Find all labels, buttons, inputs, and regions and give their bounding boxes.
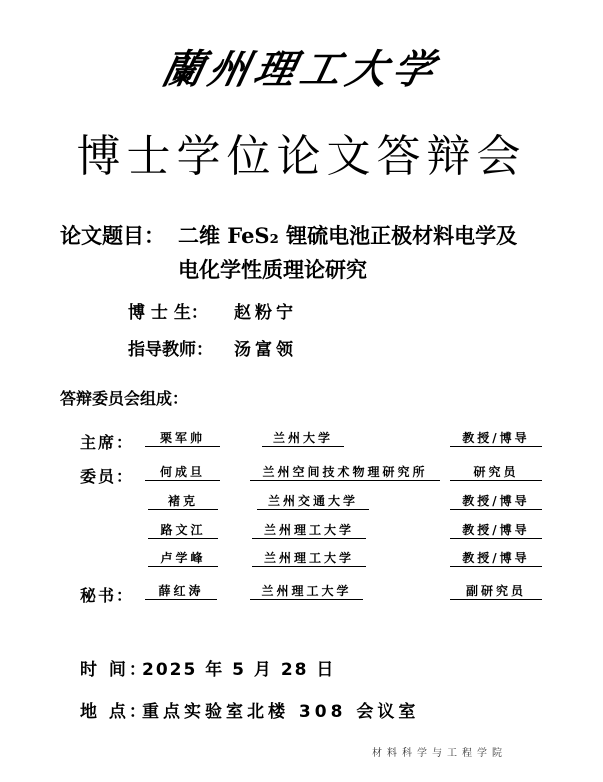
member-label: 委员： (80, 464, 134, 487)
committee-affiliation: 兰州交通大学 (257, 494, 369, 510)
thesis-title-line2: 电化学性质理论研究 (178, 254, 367, 284)
place-value: 重点实验室北楼 308 会议室 (142, 697, 419, 722)
committee-title: 教授/博导 (450, 523, 542, 539)
committee-name: 褚克 (148, 494, 218, 510)
committee-name: 路文江 (148, 523, 218, 539)
thesis-title-line1: 二维 FeS₂ 锂硫电池正极材料电学及 (178, 220, 517, 250)
committee-title: 研究员 (450, 465, 542, 481)
committee-affiliation: 兰州理工大学 (252, 523, 366, 539)
thesis-label: 论文题目： (60, 220, 165, 250)
committee-title: 教授/博导 (450, 551, 542, 567)
committee-affiliation: 兰州理工大学 (252, 551, 366, 567)
university-logo: 蘭州理工大学 (0, 38, 603, 95)
candidate-name: 赵粉宁 (234, 298, 297, 323)
time-value: 2025 年 5 月 28 日 (142, 655, 335, 680)
committee-name: 何成旦 (145, 465, 220, 481)
school-footer: 材料科学与工程学院 (372, 744, 507, 759)
committee-heading: 答辩委员会组成： (60, 386, 188, 409)
advisor-label: 指导教师： (128, 335, 213, 360)
committee-affiliation: 兰州大学 (262, 431, 344, 447)
place-label: 地 点： (80, 697, 149, 722)
candidate-label: 博 士 生： (128, 298, 208, 323)
advisor-name: 汤富领 (234, 335, 297, 360)
committee-affiliation: 兰州空间技术物理研究所 (250, 465, 440, 481)
committee-name: 薛红涛 (145, 584, 217, 600)
secretary-label: 秘书： (80, 583, 134, 606)
committee-affiliation: 兰州理工大学 (250, 584, 363, 600)
committee-title: 副研究员 (450, 584, 542, 600)
time-label: 时 间： (80, 655, 149, 680)
committee-title: 教授/博导 (450, 431, 542, 447)
committee-title: 教授/博导 (450, 494, 542, 510)
committee-name: 栗军帅 (145, 431, 220, 447)
committee-name: 卢学峰 (148, 551, 218, 567)
chair-label: 主席： (80, 430, 134, 453)
page-title: 博士学位论文答辩会 (0, 120, 603, 184)
